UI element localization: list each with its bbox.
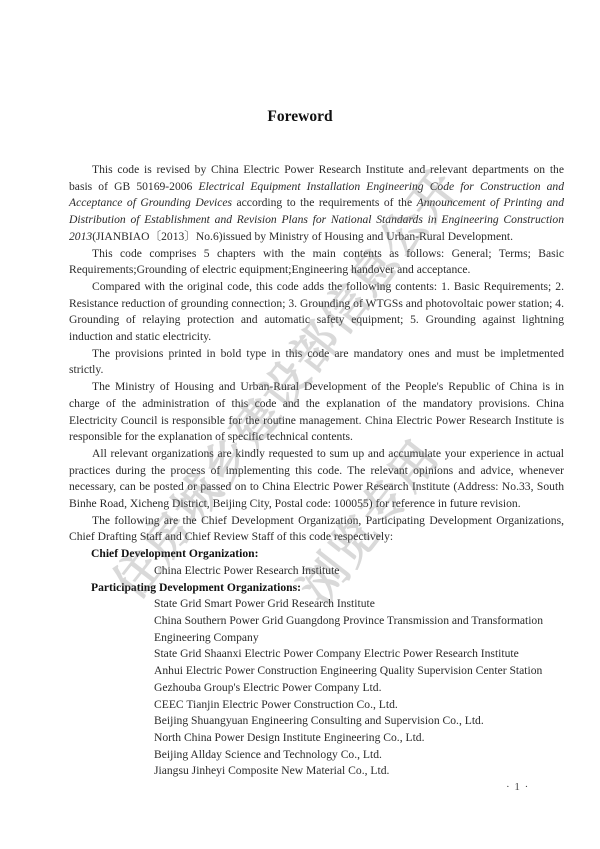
document-page: Foreword This code is revised by China E…: [0, 0, 600, 849]
org-item: Beijing Allday Science and Technology Co…: [69, 747, 564, 764]
org-item: China Electric Power Research Institute: [69, 563, 564, 580]
document-body: This code is revised by China Electric P…: [69, 162, 564, 780]
org-item: North China Power Design Institute Engin…: [69, 730, 564, 747]
org-item: Gezhouba Group's Electric Power Company …: [69, 680, 564, 697]
paragraph-chapters: This code comprises 5 chapters with the …: [69, 246, 564, 279]
org-item: Jiangsu Jinheyi Composite New Material C…: [69, 763, 564, 780]
chief-org-heading: Chief Development Organization:: [69, 546, 564, 563]
org-item: Engineering Company: [69, 630, 564, 647]
org-item: Anhui Electric Power Construction Engine…: [69, 663, 564, 680]
paragraph-mandatory: The provisions printed in bold type in t…: [69, 346, 564, 379]
page-title: Foreword: [0, 108, 600, 126]
participating-org-heading: Participating Development Organizations:: [69, 580, 564, 597]
org-item: State Grid Smart Power Grid Research Ins…: [69, 596, 564, 613]
paragraph-administration: The Ministry of Housing and Urban-Rural …: [69, 379, 564, 446]
org-item: CEEC Tianjin Electric Power Construction…: [69, 697, 564, 714]
page-number: · 1 ·: [506, 781, 529, 793]
text-run: according to the requirements of the: [232, 196, 417, 209]
paragraph-revision-basis: This code is revised by China Electric P…: [69, 162, 564, 246]
org-item: China Southern Power Grid Guangdong Prov…: [69, 613, 564, 630]
paragraph-feedback: All relevant organizations are kindly re…: [69, 446, 564, 513]
org-item: Beijing Shuangyuan Engineering Consultin…: [69, 713, 564, 730]
paragraph-organizations-intro: The following are the Chief Development …: [69, 513, 564, 546]
paragraph-additions: Compared with the original code, this co…: [69, 279, 564, 346]
org-item: State Grid Shaanxi Electric Power Compan…: [69, 646, 564, 663]
text-run: (JIANBIAO〔2013〕No.6)issued by Ministry o…: [92, 230, 513, 243]
